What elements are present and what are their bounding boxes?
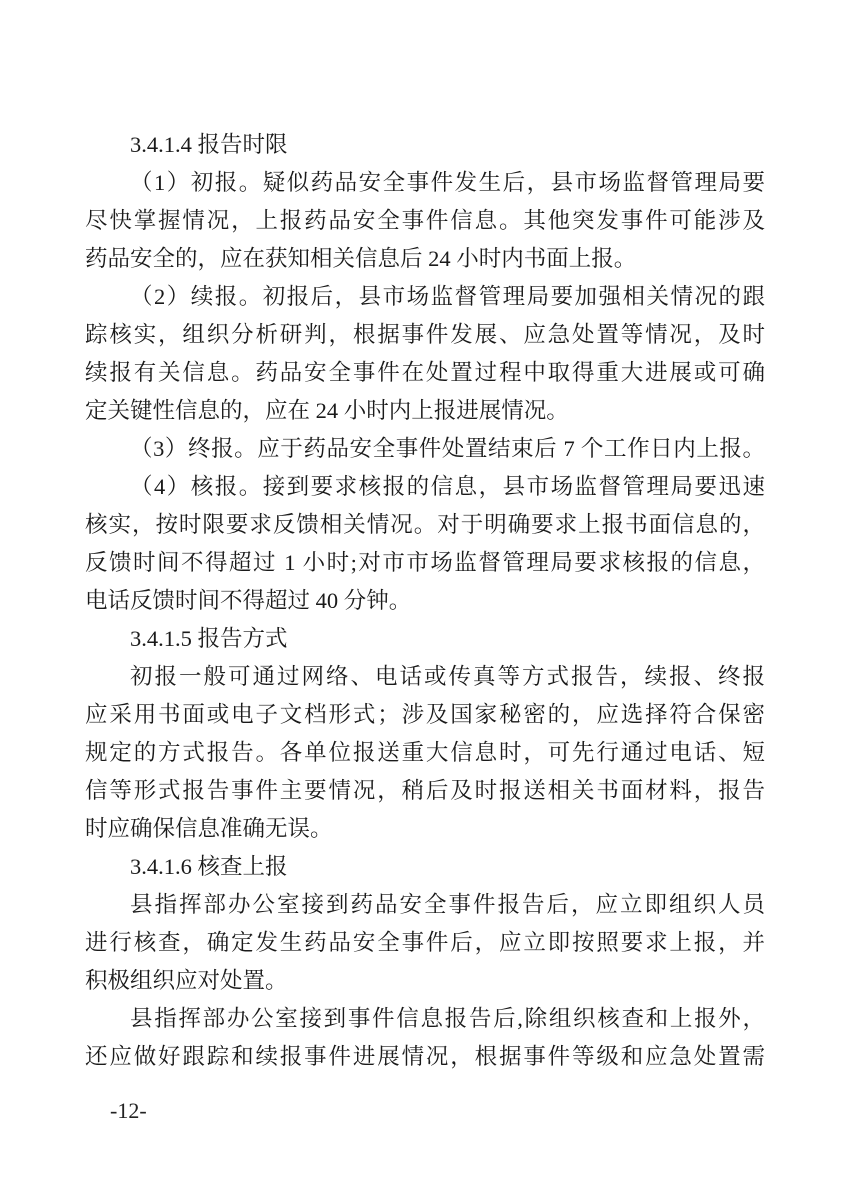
- text-line: 定关键性信息的，应在 24 小时内上报进展情况。: [85, 392, 765, 430]
- text-line: 时应确保信息准确无误。: [85, 810, 765, 848]
- text-line: 初报一般可通过网络、电话或传真等方式报告，续报、终报: [85, 658, 765, 696]
- text-line: 应采用书面或电子文档形式；涉及国家秘密的，应选择符合保密: [85, 696, 765, 734]
- text-line: 踪核实，组织分析研判，根据事件发展、应急处置等情况，及时: [85, 316, 765, 354]
- text-line: （4）核报。接到要求核报的信息，县市场监督管理局要迅速: [85, 468, 765, 506]
- page-number: -12-: [110, 1096, 147, 1126]
- text-line: 续报有关信息。药品安全事件在处置过程中取得重大进展或可确: [85, 354, 765, 392]
- text-line: （2）续报。初报后，县市场监督管理局要加强相关情况的跟: [85, 278, 765, 316]
- section-heading-3-4-1-6: 3.4.1.6 核查上报: [85, 848, 765, 886]
- text-line: 核实，按时限要求反馈相关情况。对于明确要求上报书面信息的，: [85, 506, 765, 544]
- text-line: 电话反馈时间不得超过 40 分钟。: [85, 582, 765, 620]
- text-line: 信等形式报告事件主要情况，稍后及时报送相关书面材料，报告: [85, 772, 765, 810]
- text-line: 尽快掌握情况，上报药品安全事件信息。其他突发事件可能涉及: [85, 202, 765, 240]
- text-line: 药品安全的，应在获知相关信息后 24 小时内书面上报。: [85, 240, 765, 278]
- section-heading-3-4-1-4: 3.4.1.4 报告时限: [85, 126, 765, 164]
- text-line: 县指挥部办公室接到药品安全事件报告后，应立即组织人员: [85, 886, 765, 924]
- text-line: 进行核查，确定发生药品安全事件后，应立即按照要求上报，并: [85, 924, 765, 962]
- document-body: 3.4.1.4 报告时限 （1）初报。疑似药品安全事件发生后，县市场监督管理局要…: [85, 126, 765, 1076]
- text-line: （3）终报。应于药品安全事件处置结束后 7 个工作日内上报。: [85, 430, 765, 468]
- document-page: 3.4.1.4 报告时限 （1）初报。疑似药品安全事件发生后，县市场监督管理局要…: [0, 0, 850, 1200]
- text-line: 规定的方式报告。各单位报送重大信息时，可先行通过电话、短: [85, 734, 765, 772]
- section-heading-3-4-1-5: 3.4.1.5 报告方式: [85, 620, 765, 658]
- text-line: 积极组织应对处置。: [85, 962, 765, 1000]
- text-line: 还应做好跟踪和续报事件进展情况，根据事件等级和应急处置需: [85, 1038, 765, 1076]
- text-line: 县指挥部办公室接到事件信息报告后,除组织核查和上报外，: [85, 1000, 765, 1038]
- text-line: （1）初报。疑似药品安全事件发生后，县市场监督管理局要: [85, 164, 765, 202]
- text-line: 反馈时间不得超过 1 小时;对市市场监督管理局要求核报的信息，: [85, 544, 765, 582]
